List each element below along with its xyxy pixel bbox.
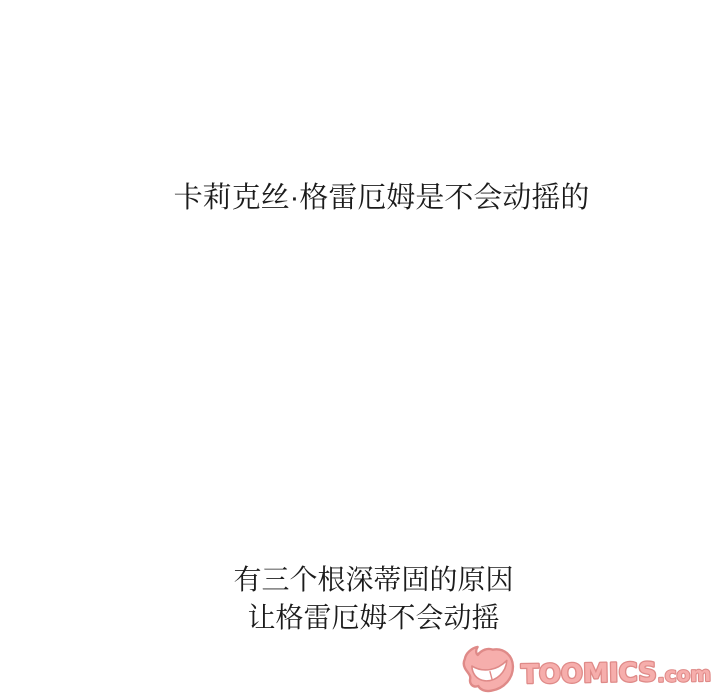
narration-bottom: 有三个根深蒂固的原因 让格雷厄姆不会动摇 bbox=[0, 561, 720, 637]
narration-bottom-line2: 让格雷厄姆不会动摇 bbox=[27, 599, 720, 637]
toomics-brand-text: TOOMICS bbox=[521, 658, 657, 690]
comic-panel: 卡莉克丝·格雷厄姆是不会动摇的 有三个根深蒂固的原因 让格雷厄姆不会动摇 TOO… bbox=[0, 0, 720, 700]
narration-bottom-line1: 有三个根深蒂固的原因 bbox=[27, 561, 720, 599]
devil-grin-icon-body bbox=[463, 646, 513, 691]
toomics-domain-suffix-text: .com bbox=[657, 662, 711, 687]
narration-top: 卡莉克丝·格雷厄姆是不会动摇的 bbox=[0, 180, 720, 216]
toomics-watermark-logo: TOOMICS .com bbox=[458, 639, 720, 700]
devil-grin-icon bbox=[463, 646, 513, 691]
